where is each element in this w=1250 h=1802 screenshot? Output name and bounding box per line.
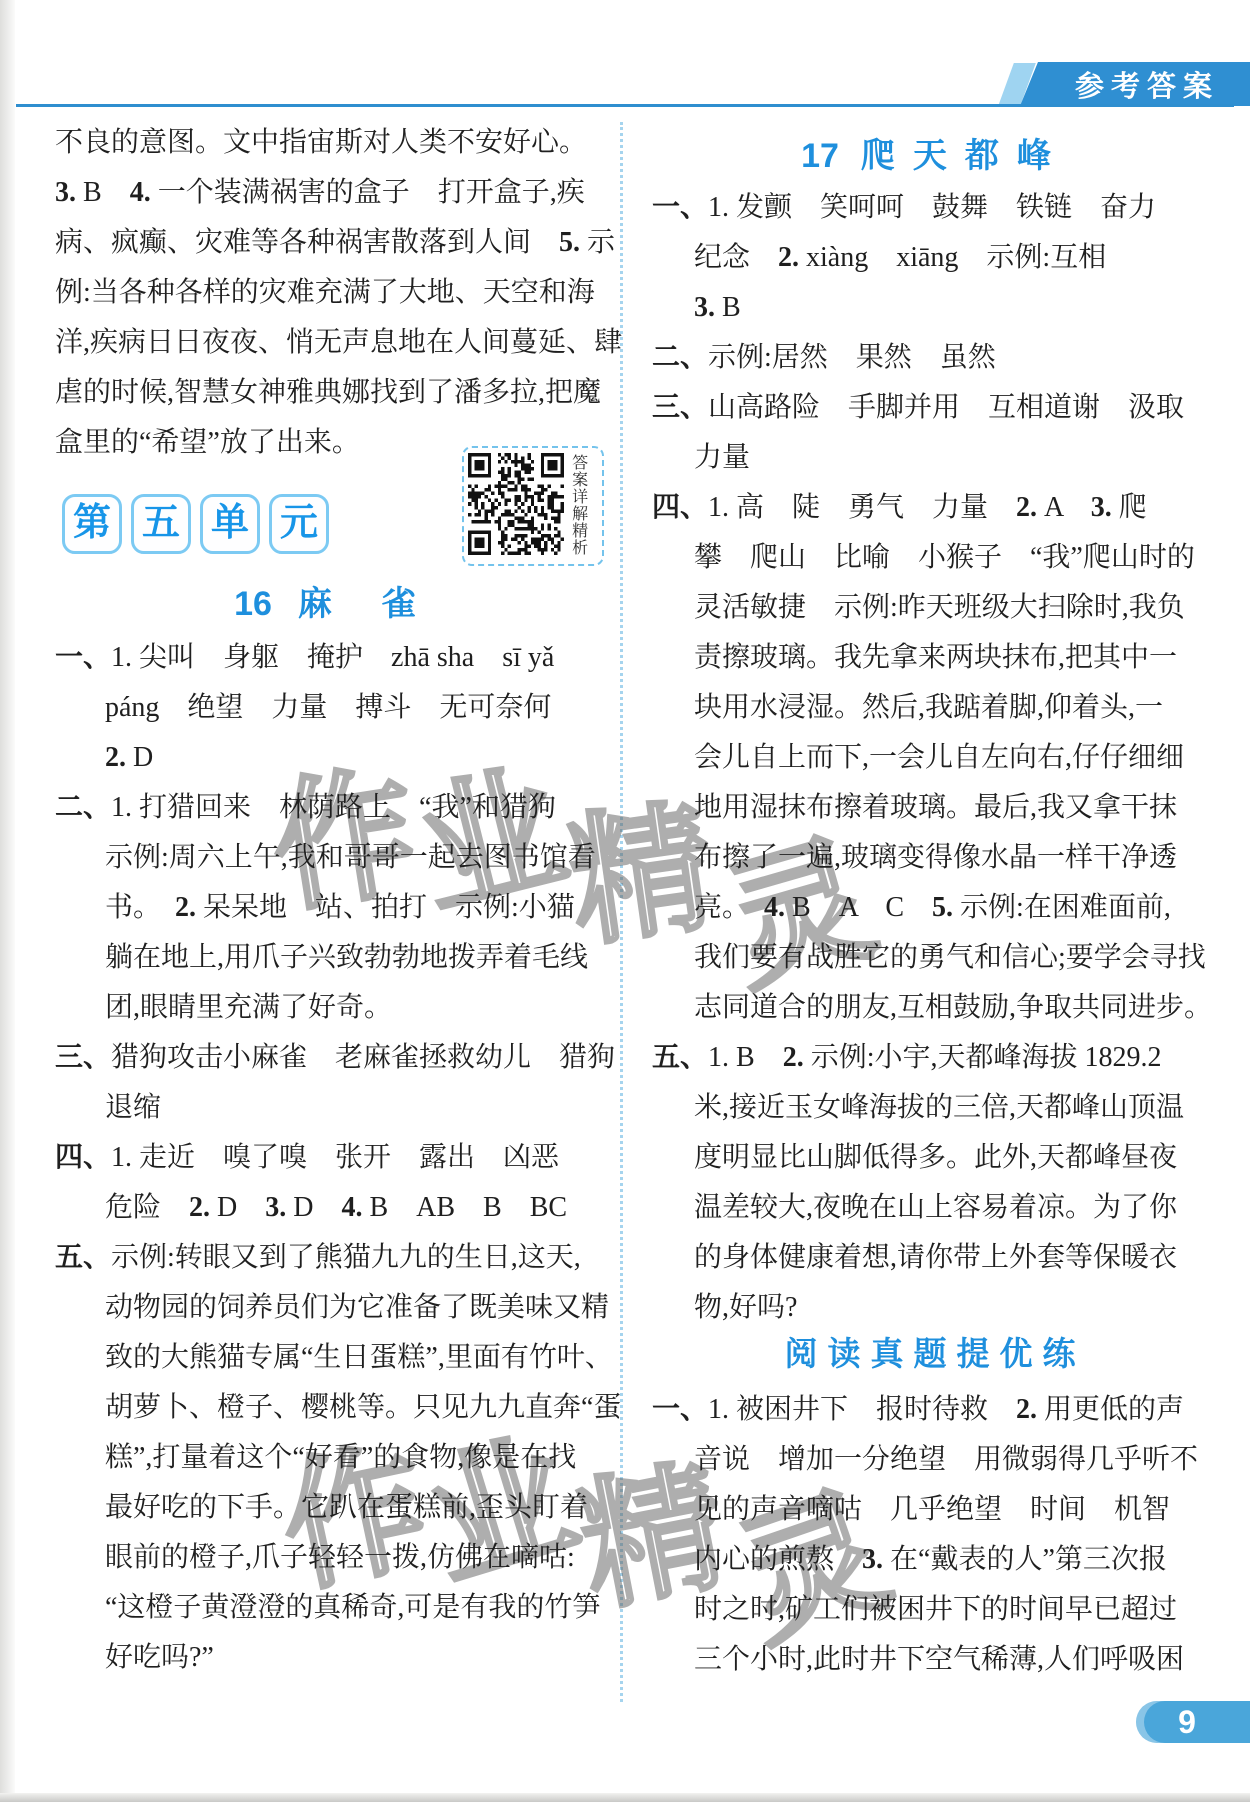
text-line: 四、1. 高 陡 勇气 力量 2. A 3. 爬 [652, 483, 1218, 533]
text-line: 躺在地上,用爪子兴致勃勃地拨弄着毛线 [55, 933, 603, 983]
text-line: 力量 [652, 433, 1218, 483]
text-line: 亮。 4. B A C 5. 示例:在困难面前, [652, 883, 1218, 933]
text-line: 三、猎狗攻击小麻雀 老麻雀拯救幼儿 猎狗 [55, 1033, 603, 1083]
text-line: 二、1. 打猎回来 林荫路上 “我”和猎狗 [55, 783, 603, 833]
unit-badge: 第五单元 [62, 494, 329, 554]
text-line: 胡萝卜、橙子、樱桃等。只见九九直奔“蛋 [55, 1383, 603, 1433]
text-line: 不良的意图。文中指宙斯对人类不安好心。 [55, 118, 603, 168]
text-line: 五、示例:转眼又到了熊猫九九的生日,这天, [55, 1233, 603, 1283]
text-line: 一、1. 发颤 笑呵呵 鼓舞 铁链 奋力 [652, 183, 1218, 233]
text-line: 洋,疾病日日夜夜、悄无声息地在人间蔓延、肆 [55, 318, 603, 368]
reading-section-heading: 阅读真题提优练 [652, 1328, 1218, 1375]
text-line: 地用湿抹布擦着玻璃。最后,我又拿干抹 [652, 783, 1218, 833]
text-line: 灵活敏捷 示例:昨天班级大扫除时,我负 [652, 583, 1218, 633]
page-number: 9 [1178, 1704, 1196, 1741]
char: 元 [269, 494, 329, 554]
text-line: 最好吃的下手。它趴在蛋糕前,歪头盯着 [55, 1483, 603, 1533]
text-line: 眼前的橙子,爪子轻轻一拨,仿佛在嘀咕: [55, 1533, 603, 1583]
lesson17-answers: 一、1. 发颤 笑呵呵 鼓舞 铁链 奋力纪念 2. xiàng xiāng 示例… [652, 183, 1218, 1333]
text-line: 见的声音嘀咕 几乎绝望 时间 机智 [652, 1485, 1218, 1535]
text-line: 布擦了一遍,玻璃变得像水晶一样干净透 [652, 833, 1218, 883]
ribbon-label: 参考答案 [1041, 64, 1219, 105]
char: 第 [62, 494, 122, 554]
qr-caption: 答案详解精析 [569, 453, 587, 559]
text-line: 物,好吗? [652, 1283, 1218, 1333]
lesson16-heading: 16麻 雀 [55, 576, 603, 625]
char: 单 [200, 494, 260, 554]
text-line: 书。 2. 呆呆地 站、拍打 示例:小猫 [55, 883, 603, 933]
text-line: 五、1. B 2. 示例:小宇,天都峰海拔 1829.2 [652, 1033, 1218, 1083]
text-line: 四、1. 走近 嗅了嗅 张开 露出 凶恶 [55, 1133, 603, 1183]
qr-code [468, 453, 564, 555]
text-line: páng 绝望 力量 搏斗 无可奈何 [55, 683, 603, 733]
answer-page: 参考答案 作业精灵 作业精灵 不良的意图。文中指宙斯对人类不安好心。3. B 4… [0, 0, 1250, 1802]
text-line: 时之时,矿工们被困井下的时间早已超过 [652, 1585, 1218, 1635]
text-line: 例:当各种各样的灾难充满了大地、天空和海 [55, 268, 603, 318]
text-line: 好吃吗?” [55, 1633, 603, 1683]
lesson16-title: 麻 雀 [298, 585, 424, 623]
text-line: 3. B 4. 一个装满祸害的盒子 打开盒子,疾 [55, 168, 603, 218]
char: 五 [131, 494, 191, 554]
text-line: 音说 增加一分绝望 用微弱得几乎听不 [652, 1435, 1218, 1485]
text-line: 责擦玻璃。我先拿来两块抹布,把其中一 [652, 633, 1218, 683]
text-line: 一、1. 尖叫 身躯 掩护 zhā sha sī yǎ [55, 633, 603, 683]
text-line: 动物园的饲养员们为它准备了既美味又精 [55, 1283, 603, 1333]
text-line: 二、示例:居然 果然 虽然 [652, 333, 1218, 383]
text-line: 内心的煎熬 3. 在“戴表的人”第三次报 [652, 1535, 1218, 1585]
text-line: 的身体健康着想,请你带上外套等保暖衣 [652, 1233, 1218, 1283]
header-rule [16, 104, 1234, 107]
text-line: 一、1. 被困井下 报时待救 2. 用更低的声 [652, 1385, 1218, 1435]
text-line: 志同道合的朋友,互相鼓励,争取共同进步。 [652, 983, 1218, 1033]
reading-section-answers: 一、1. 被困井下 报时待救 2. 用更低的声音说 增加一分绝望 用微弱得几乎听… [652, 1385, 1218, 1685]
scan-edge-left [0, 0, 15, 1802]
qr-block: 答案详解精析 [462, 446, 604, 566]
text-line: 块用水浸湿。然后,我踮着脚,仰着头,一 [652, 683, 1218, 733]
lesson17-title: 爬天都峰 [861, 137, 1069, 175]
text-line: 2. D [55, 733, 603, 783]
text-line: “这橙子黄澄澄的真稀奇,可是有我的竹笋 [55, 1583, 603, 1633]
text-line: 糕”,打量着这个“好看”的食物,像是在找 [55, 1433, 603, 1483]
lesson17-number: 17 [801, 137, 839, 175]
lesson17-heading: 17爬天都峰 [652, 128, 1218, 177]
text-line: 会儿自上而下,一会儿自左向右,仔仔细细 [652, 733, 1218, 783]
text-line: 米,接近玉女峰海拔的三倍,天都峰山顶温 [652, 1083, 1218, 1133]
text-line: 团,眼睛里充满了好奇。 [55, 983, 603, 1033]
lesson16-answers: 一、1. 尖叫 身躯 掩护 zhā sha sī yǎpáng 绝望 力量 搏斗… [55, 633, 603, 1683]
text-line: 三个小时,此时井下空气稀薄,人们呼吸困 [652, 1635, 1218, 1685]
text-line: 危险 2. D 3. D 4. B AB B BC [55, 1183, 603, 1233]
text-line: 示例:周六上午,我和哥哥一起去图书馆看 [55, 833, 603, 883]
text-line: 病、疯癫、灾难等各种祸害散落到人间 5. 示 [55, 218, 603, 268]
text-line: 度明显比山脚低得多。此外,天都峰昼夜 [652, 1133, 1218, 1183]
column-divider [620, 122, 623, 1702]
text-line: 虐的时候,智慧女神雅典娜找到了潘多拉,把魔 [55, 368, 603, 418]
text-line: 致的大熊猫专属“生日蛋糕”,里面有竹叶、 [55, 1333, 603, 1383]
left-intro-paragraph: 不良的意图。文中指宙斯对人类不安好心。3. B 4. 一个装满祸害的盒子 打开盒… [55, 118, 603, 468]
text-line: 3. B [652, 283, 1218, 333]
text-line: 温差较大,夜晚在山上容易着凉。为了你 [652, 1183, 1218, 1233]
text-line: 纪念 2. xiàng xiāng 示例:互相 [652, 233, 1218, 283]
text-line: 我们要有战胜它的勇气和信心;要学会寻找 [652, 933, 1218, 983]
text-line: 三、山高路险 手脚并用 互相道谢 汲取 [652, 383, 1218, 433]
lesson16-number: 16 [234, 585, 272, 623]
scan-edge-bottom [0, 1793, 1250, 1802]
page-number-badge: 9 [1136, 1701, 1250, 1743]
text-line: 攀 爬山 比喻 小猴子 “我”爬山时的 [652, 533, 1218, 583]
text-line: 退缩 [55, 1083, 603, 1133]
header-ribbon: 参考答案 [1010, 62, 1250, 106]
